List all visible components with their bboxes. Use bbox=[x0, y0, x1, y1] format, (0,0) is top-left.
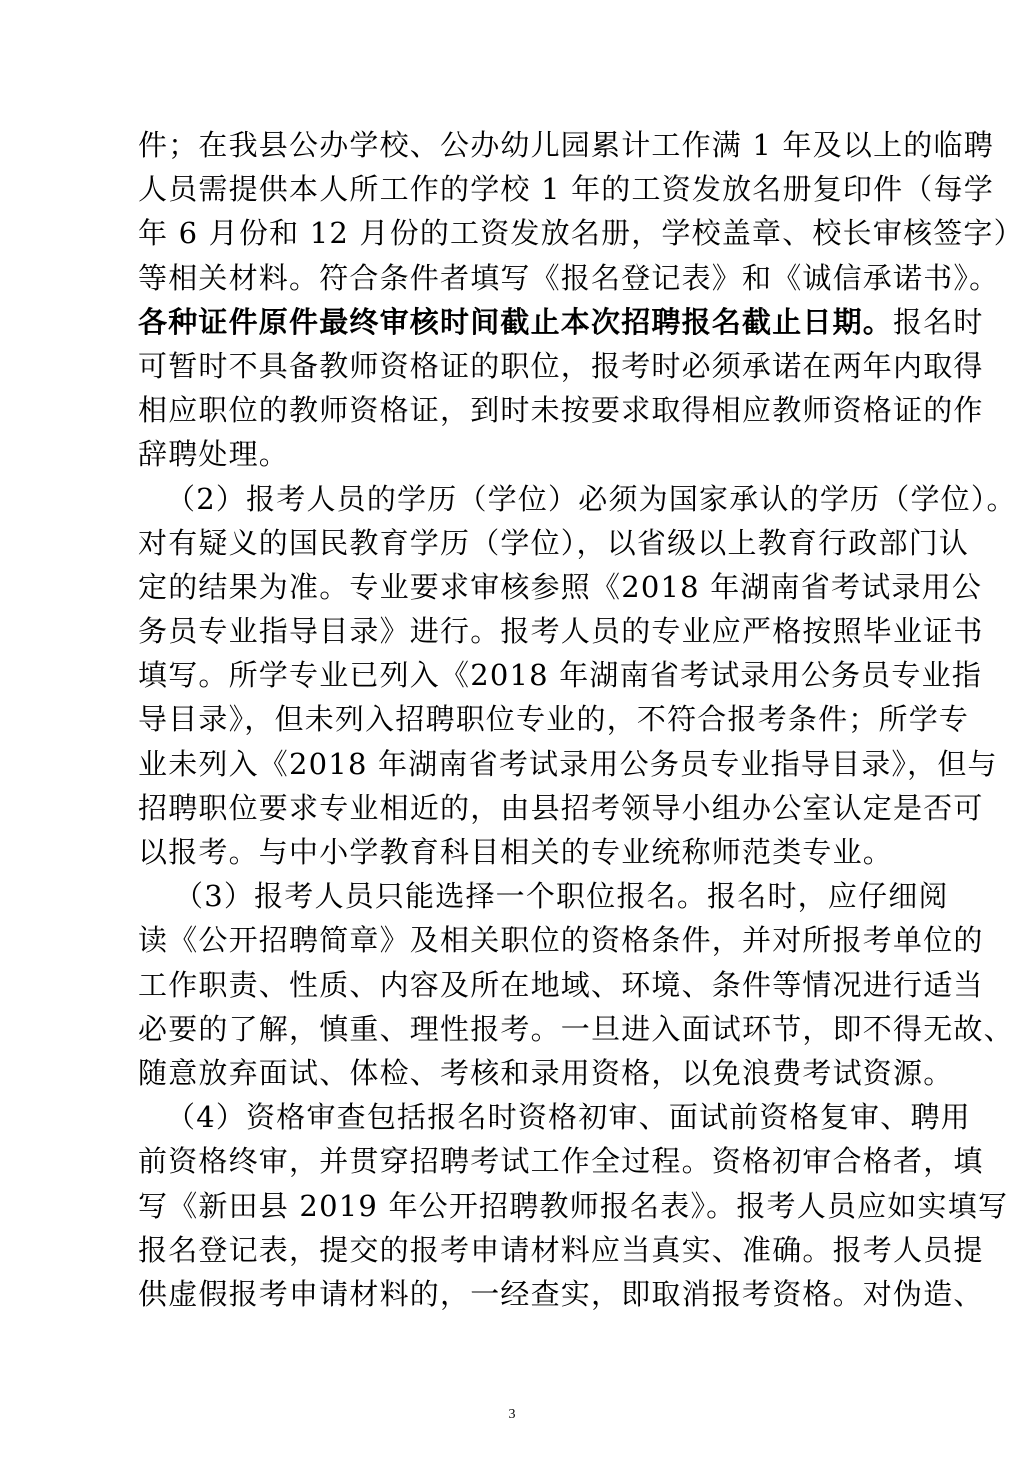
text-line: （3）报考人员只能选择一个职位报名。报名时，应仔细阅 bbox=[138, 874, 898, 918]
text-line: 必要的了解，慎重、理性报考。一旦进入面试环节，即不得无故、 bbox=[138, 1007, 898, 1051]
paragraph-qualification-materials: 件；在我县公办学校、公办幼儿园累计工作满 1 年及以上的临聘 人员需提供本人所工… bbox=[138, 123, 898, 477]
paragraph-single-position: （3）报考人员只能选择一个职位报名。报名时，应仔细阅 读《公开招聘简章》及相关职… bbox=[138, 874, 898, 1095]
text-line: 相应职位的教师资格证，到时未按要求取得相应教师资格证的作 bbox=[138, 388, 898, 432]
text-line: 报名登记表，提交的报考申请材料应当真实、准确。报考人员提 bbox=[138, 1228, 898, 1272]
text-fragment: 报名时 bbox=[893, 305, 984, 339]
paragraph-education-requirements: （2）报考人员的学历（学位）必须为国家承认的学历（学位）。 对有疑义的国民教育学… bbox=[138, 477, 898, 875]
text-line: 等相关材料。符合条件者填写《报名登记表》和《诚信承诺书》。 bbox=[138, 256, 898, 300]
text-line: 件；在我县公办学校、公办幼儿园累计工作满 1 年及以上的临聘 bbox=[138, 123, 898, 167]
document-page: 件；在我县公办学校、公办幼儿园累计工作满 1 年及以上的临聘 人员需提供本人所工… bbox=[0, 0, 1024, 1484]
text-line: 人员需提供本人所工作的学校 1 年的工资发放名册复印件（每学 bbox=[138, 167, 898, 211]
text-line: 辞聘处理。 bbox=[138, 432, 898, 476]
text-line: 定的结果为准。专业要求审核参照《2018 年湖南省考试录用公 bbox=[138, 565, 898, 609]
bold-deadline-statement: 各种证件原件最终审核时间截止本次招聘报名截止日期。 bbox=[138, 305, 893, 339]
text-line: 供虚假报考申请材料的，一经查实，即取消报考资格。对伪造、 bbox=[138, 1272, 898, 1316]
text-line: 以报考。与中小学教育科目相关的专业统称师范类专业。 bbox=[138, 830, 898, 874]
text-line: 招聘职位要求专业相近的，由县招考领导小组办公室认定是否可 bbox=[138, 786, 898, 830]
text-line: 前资格终审，并贯穿招聘考试工作全过程。资格初审合格者，填 bbox=[138, 1139, 898, 1183]
text-line-with-bold: 各种证件原件最终审核时间截止本次招聘报名截止日期。报名时 bbox=[138, 300, 898, 344]
page-number: 3 bbox=[0, 1407, 1024, 1423]
text-line: 工作职责、性质、内容及所在地域、环境、条件等情况进行适当 bbox=[138, 963, 898, 1007]
text-line: 写《新田县 2019 年公开招聘教师报名表》。报考人员应如实填写 bbox=[138, 1184, 898, 1228]
text-line: 读《公开招聘简章》及相关职位的资格条件，并对所报考单位的 bbox=[138, 918, 898, 962]
text-line: 随意放弃面试、体检、考核和录用资格，以免浪费考试资源。 bbox=[138, 1051, 898, 1095]
text-line: （4）资格审查包括报名时资格初审、面试前资格复审、聘用 bbox=[138, 1095, 898, 1139]
text-line: （2）报考人员的学历（学位）必须为国家承认的学历（学位）。 bbox=[138, 477, 898, 521]
text-line: 导目录》，但未列入招聘职位专业的，不符合报考条件；所学专 bbox=[138, 697, 898, 741]
text-line: 对有疑义的国民教育学历（学位），以省级以上教育行政部门认 bbox=[138, 521, 898, 565]
text-line: 可暂时不具备教师资格证的职位，报考时必须承诺在两年内取得 bbox=[138, 344, 898, 388]
text-line: 务员专业指导目录》进行。报考人员的专业应严格按照毕业证书 bbox=[138, 609, 898, 653]
text-line: 年 6 月份和 12 月份的工资发放名册，学校盖章、校长审核签字） bbox=[138, 211, 898, 255]
text-line: 业未列入《2018 年湖南省考试录用公务员专业指导目录》，但与 bbox=[138, 742, 898, 786]
paragraph-qualification-review: （4）资格审查包括报名时资格初审、面试前资格复审、聘用 前资格终审，并贯穿招聘考… bbox=[138, 1095, 898, 1316]
text-line: 填写。所学专业已列入《2018 年湖南省考试录用公务员专业指 bbox=[138, 653, 898, 697]
document-body: 件；在我县公办学校、公办幼儿园累计工作满 1 年及以上的临聘 人员需提供本人所工… bbox=[138, 123, 898, 1316]
